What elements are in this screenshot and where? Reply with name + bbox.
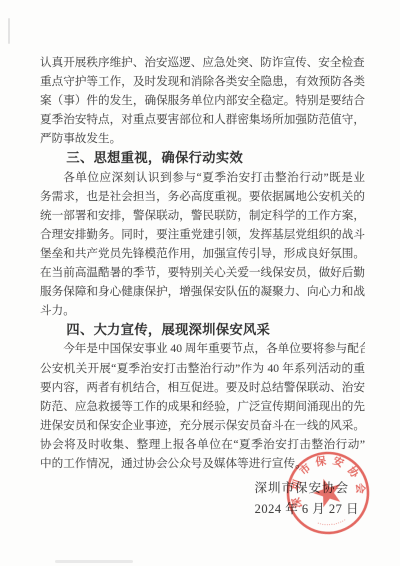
body-line: 要内容，两者有机结合，相互促进。要及时总结警保联动、治安 — [40, 378, 365, 397]
official-seal: 深圳市保安协会 ••••••••••••• — [279, 444, 376, 541]
body-line: 合理安排勤务。同时，要注重党建引领，发挥基层党组织的战斗 — [40, 225, 365, 244]
body-line: 认真开展秩序维护、治安巡逻、应急处突、防诈宣传、安全检查、 — [40, 53, 365, 72]
scan-artifact-bottom — [55, 560, 133, 563]
scan-artifact-left — [8, 18, 10, 44]
section-heading: 三、思想重视，确保行动实效 — [40, 148, 365, 167]
body-line: 今年是中国保安事业 40 周年重要节点，各单位要将参与配合 — [40, 339, 365, 358]
body-line: 进保安员和保安企业事迹，充分展示保安员奋斗在一线的风采。 — [40, 416, 365, 435]
body-line: 各单位应深刻认识到参与“夏季治安打击整治行动”既是业 — [40, 168, 365, 187]
section-heading: 四、大力宣传，展现深圳保安风采 — [40, 320, 365, 339]
seal-star-icon — [311, 477, 343, 509]
body-line: 斗力。 — [40, 301, 365, 320]
document-page: 认真开展秩序维护、治安巡逻、应急处突、防诈宣传、安全检查、重点守护等工作，及时发… — [0, 0, 400, 566]
document-body: 认真开展秩序维护、治安巡逻、应急处突、防诈宣传、安全检查、重点守护等工作，及时发… — [40, 53, 365, 473]
body-line: 务需求，也是社会担当，务必高度重视。要依据属地公安机关的 — [40, 187, 365, 206]
body-line: 防范、应急救援等工作的成果和经验，广泛宣传期间涌现出的先 — [40, 397, 365, 416]
body-line: 案（事）件的发生，确保服务单位内部安全稳定。特别是要结合 — [40, 91, 365, 110]
body-line: 夏季治安特点，对重点要害部位和人群密集场所加强防范值守， — [40, 110, 365, 129]
body-line: 统一部署和安排，警保联动，警民联防，制定科学的工作方案， — [40, 206, 365, 225]
seal-micro-text: ••••••••••••• — [317, 517, 348, 528]
body-line: 服务保障和身心健康保护，增强保安队伍的凝聚力、向心力和战 — [40, 282, 365, 301]
body-line: 公安机关开展“夏季治安打击整治行动”作为 40 年系列活动的重 — [40, 359, 365, 378]
body-line: 在当前高温酷暑的季节，要特别关心关爱一线保安员，做好后勤 — [40, 263, 365, 282]
body-line: 严防事故发生。 — [40, 129, 365, 148]
body-line: 堡垒和共产党员先锋模范作用，加强宣传引导，形成良好氛围。 — [40, 244, 365, 263]
body-line: 重点守护等工作，及时发现和消除各类安全隐患，有效预防各类 — [40, 72, 365, 91]
